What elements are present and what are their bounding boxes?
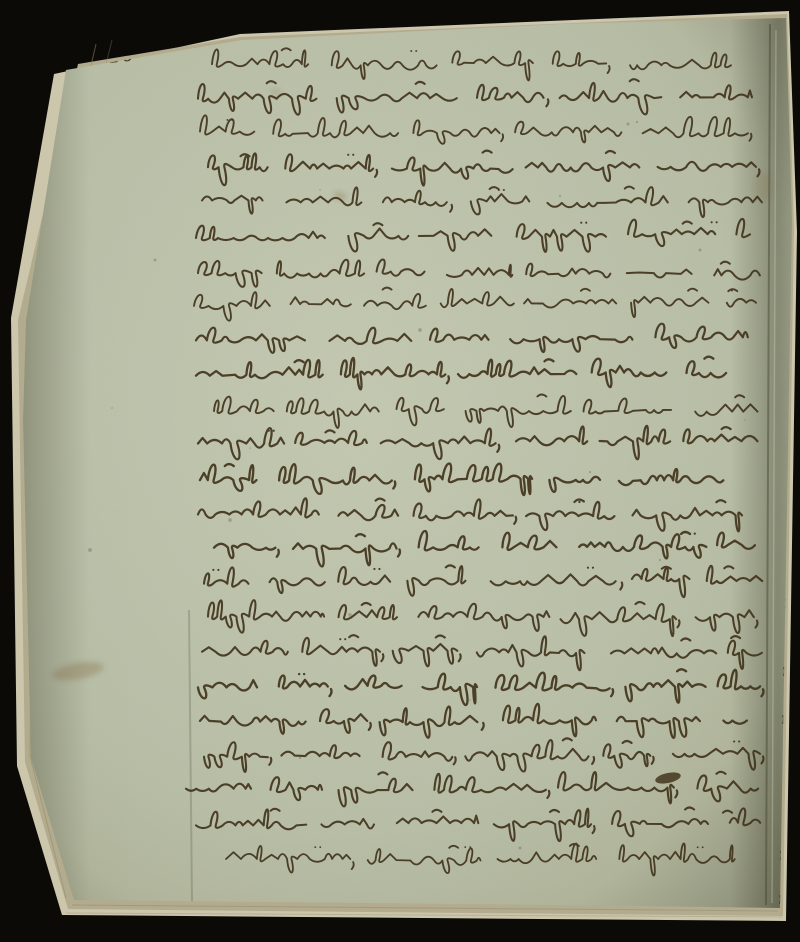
paper-speck (627, 123, 630, 126)
paper-speck (699, 249, 702, 252)
paper-speck (418, 328, 422, 332)
paper-speck (636, 121, 638, 123)
paper-speck (744, 419, 746, 421)
paper-speck (319, 189, 321, 191)
paper-speck (469, 699, 471, 701)
paper-speck (299, 757, 301, 759)
paper-speck (559, 195, 561, 197)
paper-speck (659, 559, 661, 561)
paper-speck (519, 847, 522, 850)
manuscript-scan: 10 (0, 0, 800, 942)
vignette-shading (0, 0, 800, 942)
paper-speck (154, 259, 157, 262)
paper-speck (228, 518, 232, 522)
manuscript-page: 10 (0, 0, 800, 942)
paper-speck (589, 471, 591, 473)
paper-speck (111, 407, 113, 409)
paper-speck (249, 447, 251, 449)
paper-speck (88, 548, 92, 552)
